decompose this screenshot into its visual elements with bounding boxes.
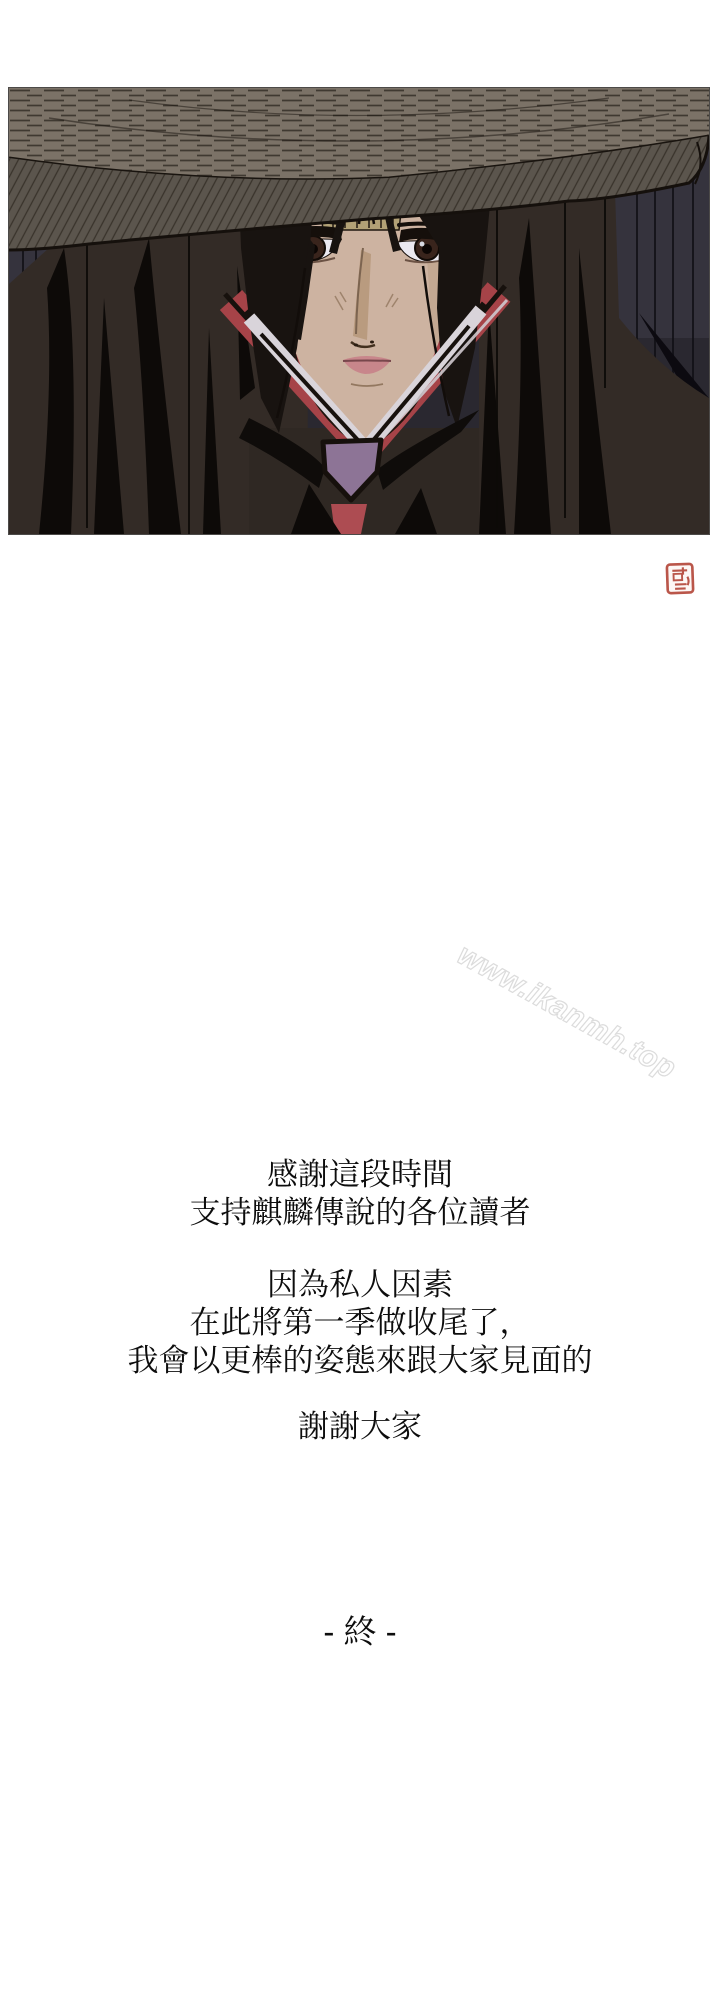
notice-paragraph: 因為私人因素 在此將第一季做收尾了， 我會以更棒的姿態來跟大家見面的 <box>4 1266 716 1380</box>
closing-paragraph: 謝謝大家 <box>4 1408 716 1446</box>
watermark: www.ikanmh.top <box>452 938 682 1086</box>
notice-line-2: 在此將第一季做收尾了， <box>4 1304 716 1342</box>
thanks-paragraph: 感謝這段時間 支持麒麟傳說的各位讀者 <box>4 1156 716 1232</box>
thanks-line-2: 支持麒麟傳說的各位讀者 <box>4 1194 716 1232</box>
closing-line-1: 謝謝大家 <box>4 1408 716 1446</box>
manga-panel <box>8 87 710 535</box>
thanks-line-1: 感謝這段時間 <box>4 1156 716 1194</box>
artist-seal-icon <box>664 559 695 596</box>
end-mark: - 終 - <box>4 1610 716 1654</box>
notice-line-3: 我會以更棒的姿態來跟大家見面的 <box>4 1342 716 1380</box>
notice-line-1: 因為私人因素 <box>4 1266 716 1304</box>
manga-panel-art <box>9 88 709 534</box>
webtoon-page: www.ikanmh.top 感謝這段時間 支持麒麟傳說的各位讀者 因為私人因素… <box>0 0 720 2015</box>
